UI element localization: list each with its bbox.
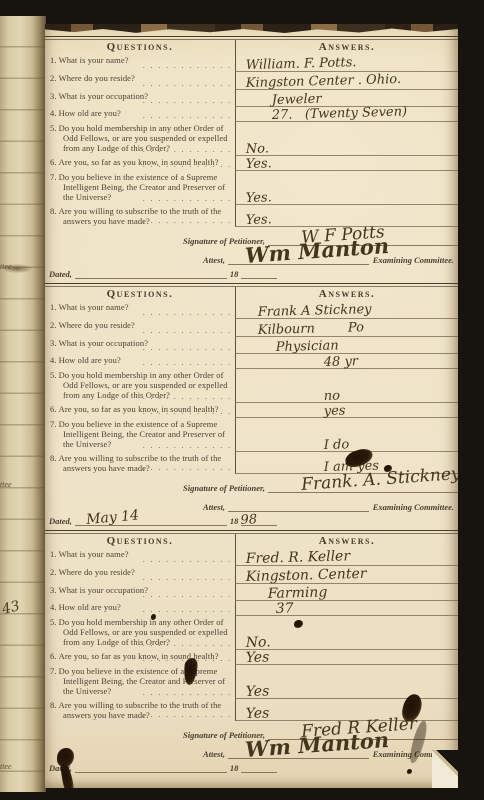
answer-cell: No.: [235, 122, 458, 156]
handwritten-answer: 27. (Twenty Seven): [272, 104, 408, 123]
question-cell: 2.Where do you reside?. . . . . . . . . …: [45, 566, 235, 584]
header-row: Questions. Answers.: [45, 287, 458, 301]
answer-cell: Farming: [235, 584, 458, 601]
answer-cell: Yes.: [235, 156, 458, 171]
answers-header: Answers.: [319, 41, 375, 53]
question-cell: 3.What is your occupation?. . . . . . . …: [45, 584, 235, 601]
answers-header-cell: Answers.: [235, 40, 458, 54]
question-cell: 8.Are you willing to subscribe to the tr…: [45, 699, 235, 721]
question-text: What is your occupation?: [59, 91, 149, 101]
question-number: 4.: [50, 108, 57, 118]
question-number: 7.: [50, 172, 57, 182]
dot-leader: . . . . . . . . . . . .: [143, 590, 232, 600]
question-number: 3.: [50, 585, 57, 595]
answer-cell: 37: [235, 601, 458, 616]
answer-cell: Frank A Stickney: [235, 301, 458, 319]
question-row-2: 2.Where do you reside?. . . . . . . . . …: [45, 319, 458, 337]
question-number: 4.: [50, 602, 57, 612]
question-number: 1.: [50, 302, 57, 312]
handwritten-answer: No.: [246, 141, 269, 157]
question-row-4: 4.How old are you?. . . . . . . . . . . …: [45, 107, 458, 122]
dot-leader: . . . . . . . . . . . .: [143, 96, 232, 106]
dot-leader: . . . . . . . . . . . .: [143, 308, 232, 318]
question-number: 8.: [50, 453, 57, 463]
question-cell: 5.Do you hold membership in any other Or…: [45, 369, 235, 403]
answer-cell: Physician: [235, 337, 458, 354]
handwritten-answer: Kingston Center . Ohio.: [246, 72, 402, 91]
petition-form-1: Questions. Answers. 1.What is your name?…: [45, 36, 458, 279]
dot-leader: . . . . . . . . . . . .: [143, 216, 232, 226]
answer-cell: Yes.: [235, 205, 458, 227]
question-cell: 4.How old are you?. . . . . . . . . . . …: [45, 354, 235, 369]
handwritten-answer: yes: [324, 403, 346, 419]
question-row-6: 6.Are you, so far as you know, in sound …: [45, 403, 458, 418]
questions-header-cell: Questions.: [45, 40, 235, 54]
dot-leader: . . . . . . . . . . . .: [143, 160, 232, 170]
handwritten-answer: 37: [276, 601, 294, 617]
question-row-2: 2.Where do you reside?. . . . . . . . . …: [45, 72, 458, 90]
dot-leader: . . . . . . . . . . . .: [143, 326, 232, 336]
question-text: How old are you?: [59, 108, 121, 118]
question-row-1: 1.What is your name?. . . . . . . . . . …: [45, 548, 458, 566]
ink-smudge: [2, 264, 32, 273]
dot-leader: . . . . . . . . . . . .: [143, 463, 232, 473]
signature-line: Frank. A. Stickney: [268, 473, 458, 493]
handwritten-answer: I do: [324, 437, 350, 453]
question-row-5: 5.Do you hold membership in any other Or…: [45, 122, 458, 156]
handwritten-answer: Farming: [268, 584, 328, 602]
question-cell: 6.Are you, so far as you know, in sound …: [45, 156, 235, 171]
question-cell: 6.Are you, so far as you know, in sound …: [45, 403, 235, 418]
question-number: 8.: [50, 206, 57, 216]
question-cell: 4.How old are you?. . . . . . . . . . . …: [45, 601, 235, 616]
answers-header: Answers.: [319, 535, 375, 547]
petition-form-3: Questions. Answers. 1.What is your name?…: [45, 530, 458, 773]
question-cell: 1.What is your name?. . . . . . . . . . …: [45, 54, 235, 72]
question-cell: 8.Are you willing to subscribe to the tr…: [45, 205, 235, 227]
question-number: 1.: [50, 55, 57, 65]
answer-cell: Kingston. Center: [235, 566, 458, 584]
attest-row: Attest, Wm Manton Examining Committee.: [45, 246, 458, 265]
dot-leader: . . . . . . . . . . . .: [143, 79, 232, 89]
handwritten-answer: Kilbourn Po: [258, 320, 365, 338]
date-line: May 14: [75, 511, 227, 526]
dot-leader: . . . . . . . . . . . .: [143, 111, 232, 121]
question-row-5: 5.Do you hold membership in any other Or…: [45, 369, 458, 403]
question-row-7: 7.Do you believe in the existence of a S…: [45, 171, 458, 205]
question-cell: 3.What is your occupation?. . . . . . . …: [45, 337, 235, 354]
dot-leader: . . . . . . . . . . . .: [143, 441, 232, 451]
book-spine-edge: mittee mittee mittee 43: [0, 16, 46, 792]
question-number: 2.: [50, 567, 57, 577]
question-row-2: 2.Where do you reside?. . . . . . . . . …: [45, 566, 458, 584]
question-number: 3.: [50, 91, 57, 101]
answer-cell: Yes: [235, 699, 458, 721]
page-content: Questions. Answers. 1.What is your name?…: [45, 36, 458, 777]
question-number: 5.: [50, 123, 57, 133]
question-cell: 7.Do you believe in the existence of a S…: [45, 171, 235, 205]
handwritten-answer: Physician: [276, 338, 339, 355]
question-row-1: 1.What is your name?. . . . . . . . . . …: [45, 301, 458, 319]
answer-cell: Yes: [235, 650, 458, 665]
handwritten-answer: Jeweler: [272, 92, 322, 108]
answer-cell: 48 yr: [235, 354, 458, 369]
date-line: [75, 758, 227, 773]
question-cell: 2.Where do you reside?. . . . . . . . . …: [45, 72, 235, 90]
year-prefix: 18: [230, 763, 239, 773]
handwritten-answer: Yes: [246, 683, 270, 700]
question-number: 7.: [50, 666, 57, 676]
question-row-4: 4.How old are you?. . . . . . . . . . . …: [45, 354, 458, 369]
dot-leader: . . . . . . . . . . . .: [143, 145, 232, 155]
answers-header: Answers.: [319, 288, 375, 300]
dated-row: Dated, May 14 18 98: [45, 512, 458, 526]
dot-leader: . . . . . . . . . . . .: [143, 688, 232, 698]
answer-cell: yes: [235, 403, 458, 418]
question-cell: 1.What is your name?. . . . . . . . . . …: [45, 301, 235, 319]
question-number: 4.: [50, 355, 57, 365]
question-row-5: 5.Do you hold membership in any other Or…: [45, 616, 458, 650]
handwritten-answer: Frank A Stickney: [258, 302, 372, 320]
question-number: 5.: [50, 370, 57, 380]
question-text: Where do you reside?: [59, 320, 135, 330]
bleed-text-fragment: mittee: [0, 762, 12, 771]
questions-header-cell: Questions.: [45, 534, 235, 548]
question-row-3: 3.What is your occupation?. . . . . . . …: [45, 584, 458, 601]
handwritten-answer: Yes: [246, 649, 270, 666]
dot-leader: . . . . . . . . . . . .: [143, 573, 232, 583]
question-row-3: 3.What is your occupation?. . . . . . . …: [45, 337, 458, 354]
answers-header-cell: Answers.: [235, 534, 458, 548]
dot-leader: . . . . . . . . . . . .: [143, 639, 232, 649]
question-number: 6.: [50, 404, 57, 414]
questions-header-cell: Questions.: [45, 287, 235, 301]
question-text: What is your occupation?: [59, 338, 149, 348]
question-number: 2.: [50, 320, 57, 330]
dot-leader: . . . . . . . . . . . .: [143, 710, 232, 720]
question-text: What is your occupation?: [59, 585, 149, 595]
handwritten-answer: Fred. R. Keller: [246, 548, 351, 567]
attest-line: Wm Manton: [228, 739, 369, 759]
question-text: Where do you reside?: [59, 567, 135, 577]
handwritten-date: May 14: [86, 507, 140, 528]
handwritten-answer: Kingston. Center: [246, 566, 367, 585]
answer-cell: Kingston Center . Ohio.: [235, 72, 458, 90]
dot-leader: . . . . . . . . . . . .: [143, 358, 232, 368]
handwritten-answer: no: [324, 389, 341, 404]
question-row-6: 6.Are you, so far as you know, in sound …: [45, 650, 458, 665]
questions-header: Questions.: [107, 289, 174, 299]
question-number: 1.: [50, 549, 57, 559]
bleed-text-fragment: mittee: [0, 480, 12, 489]
question-number: 8.: [50, 700, 57, 710]
header-row: Questions. Answers.: [45, 534, 458, 548]
answer-cell: Yes: [235, 665, 458, 699]
question-text: How old are you?: [59, 602, 121, 612]
answer-cell: William. F. Potts.: [235, 54, 458, 72]
dated-label: Dated,: [49, 269, 72, 279]
question-number: 3.: [50, 338, 57, 348]
dot-leader: . . . . . . . . . . . .: [143, 343, 232, 353]
question-text: What is your name?: [59, 302, 129, 312]
question-cell: 3.What is your occupation?. . . . . . . …: [45, 90, 235, 107]
handwritten-answer: 48 yr: [324, 354, 359, 370]
answer-cell: Fred. R. Keller: [235, 548, 458, 566]
question-cell: 5.Do you hold membership in any other Or…: [45, 616, 235, 650]
question-row-4: 4.How old are you?. . . . . . . . . . . …: [45, 601, 458, 616]
handwritten-year: 98: [241, 512, 258, 528]
signature-row: Signature of Petitioner, Frank. A. Stick…: [45, 474, 458, 493]
question-number: 5.: [50, 617, 57, 627]
year-line: 98: [241, 511, 277, 526]
questions-header: Questions.: [107, 42, 174, 52]
answers-header-cell: Answers.: [235, 287, 458, 301]
question-text: Where do you reside?: [59, 73, 135, 83]
question-cell: 7.Do you believe in the existence of a S…: [45, 418, 235, 452]
handwritten-answer: Yes.: [246, 190, 272, 206]
handwritten-answer: Yes: [246, 705, 270, 722]
year-prefix: 18: [230, 516, 239, 526]
question-number: 6.: [50, 157, 57, 167]
dot-leader: . . . . . . . . . . . .: [143, 407, 232, 417]
handwritten-page-number: 43: [0, 598, 21, 618]
answer-cell: No.: [235, 616, 458, 650]
form-page: Questions. Answers. 1.What is your name?…: [45, 24, 458, 788]
questions-header: Questions.: [107, 536, 174, 546]
answer-cell: Kilbourn Po: [235, 319, 458, 337]
question-number: 7.: [50, 419, 57, 429]
dot-leader: . . . . . . . . . . . .: [143, 194, 232, 204]
attest-line: Wm Manton: [228, 245, 369, 265]
dot-leader: . . . . . . . . . . . .: [143, 605, 232, 615]
question-text: How old are you?: [59, 355, 121, 365]
question-row-8: 8.Are you willing to subscribe to the tr…: [45, 205, 458, 227]
question-row-7: 7.Do you believe in the existence of a S…: [45, 665, 458, 699]
committee-label: Examining Committee.: [373, 502, 454, 512]
question-cell: 2.Where do you reside?. . . . . . . . . …: [45, 319, 235, 337]
petition-form-2: Questions. Answers. 1.What is your name?…: [45, 283, 458, 526]
answer-cell: I do: [235, 418, 458, 452]
dot-leader: . . . . . . . . . . . .: [143, 555, 232, 565]
question-text: What is your name?: [59, 55, 129, 65]
answer-cell: Jeweler: [235, 90, 458, 107]
attest-row: Attest, Wm Manton Examining Committee.: [45, 740, 458, 759]
question-text: What is your name?: [59, 549, 129, 559]
question-cell: 6.Are you, so far as you know, in sound …: [45, 650, 235, 665]
handwritten-answer: Yes.: [246, 156, 272, 172]
handwritten-answer: William. F. Potts.: [246, 55, 357, 73]
question-cell: 1.What is your name?. . . . . . . . . . …: [45, 548, 235, 566]
question-row-1: 1.What is your name?. . . . . . . . . . …: [45, 54, 458, 72]
torn-top-edge: [45, 24, 458, 33]
header-row: Questions. Answers.: [45, 40, 458, 54]
question-cell: 4.How old are you?. . . . . . . . . . . …: [45, 107, 235, 122]
folded-corner: [432, 750, 458, 788]
question-number: 6.: [50, 651, 57, 661]
year-prefix: 18: [230, 269, 239, 279]
dot-leader: . . . . . . . . . . . .: [143, 392, 232, 402]
question-cell: 5.Do you hold membership in any other Or…: [45, 122, 235, 156]
dot-leader: . . . . . . . . . . . .: [143, 61, 232, 71]
question-cell: 7.Do you believe in the existence of a S…: [45, 665, 235, 699]
answer-cell: no: [235, 369, 458, 403]
question-row-7: 7.Do you believe in the existence of a S…: [45, 418, 458, 452]
question-row-6: 6.Are you, so far as you know, in sound …: [45, 156, 458, 171]
attest-line: [228, 492, 369, 512]
dated-label: Dated,: [49, 516, 72, 526]
question-number: 2.: [50, 73, 57, 83]
date-line: [75, 264, 227, 279]
answer-cell: 27. (Twenty Seven): [235, 107, 458, 122]
answer-cell: Yes.: [235, 171, 458, 205]
question-cell: 8.Are you willing to subscribe to the tr…: [45, 452, 235, 474]
